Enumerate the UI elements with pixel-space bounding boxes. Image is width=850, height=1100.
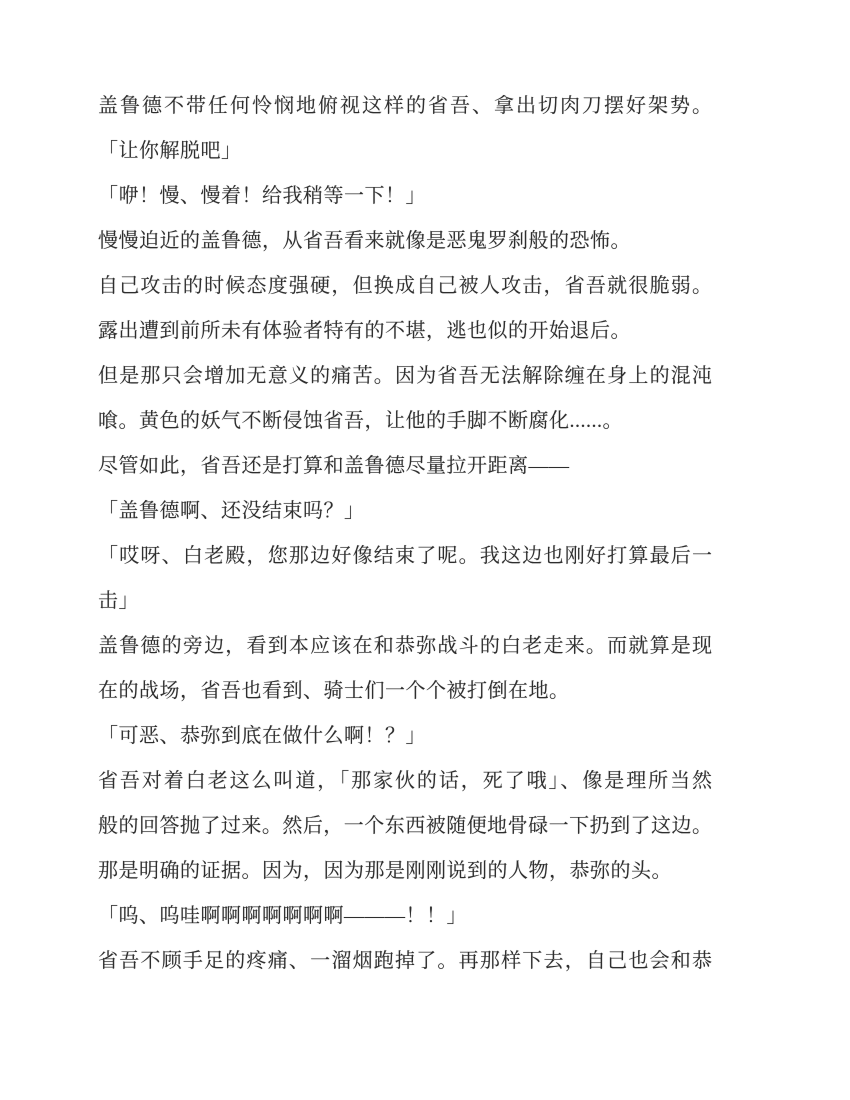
text-line: 喰。黄色的妖气不断侵蚀省吾，让他的手脚不断腐化......。 <box>98 399 712 444</box>
text-line: 那是明确的证据。因为，因为那是刚刚说到的人物，恭弥的头。 <box>98 849 712 894</box>
text-line: 露出遭到前所未有体验者特有的不堪，逃也似的开始退后。 <box>98 309 712 354</box>
text-line: 在的战场，省吾也看到、骑士们一个个被打倒在地。 <box>98 669 712 714</box>
text-line: 但是那只会增加无意义的痛苦。因为省吾无法解除缠在身上的混沌 <box>98 354 712 399</box>
novel-scan-page: 盖鲁德不带任何怜悯地俯视这样的省吾、拿出切肉刀摆好架势。「让你解脱吧」「咿！慢、… <box>0 0 850 1100</box>
text-line: 「盖鲁德啊、还没结束吗？」 <box>98 489 712 534</box>
text-line: 尽管如此，省吾还是打算和盖鲁德尽量拉开距离—— <box>98 444 712 489</box>
text-line: 盖鲁德的旁边，看到本应该在和恭弥战斗的白老走来。而就算是现 <box>98 624 712 669</box>
text-line: 「哎呀、白老殿，您那边好像结束了呢。我这边也刚好打算最后一 <box>98 534 712 579</box>
text-line: 省吾不顾手足的疼痛、一溜烟跑掉了。再那样下去，自己也会和恭 <box>98 939 712 984</box>
text-line: 省吾对着白老这么叫道，「那家伙的话，死了哦」、像是理所当然 <box>98 759 712 804</box>
text-line: 「呜、呜哇啊啊啊啊啊啊啊———！！」 <box>98 894 712 939</box>
text-line: 盖鲁德不带任何怜悯地俯视这样的省吾、拿出切肉刀摆好架势。 <box>98 84 712 129</box>
text-line: 自己攻击的时候态度强硬，但换成自己被人攻击，省吾就很脆弱。 <box>98 264 712 309</box>
text-line: 击」 <box>98 579 712 624</box>
text-line: 「咿！慢、慢着！给我稍等一下！」 <box>98 174 712 219</box>
text-line: 「可恶、恭弥到底在做什么啊！？」 <box>98 714 712 759</box>
text-line: 般的回答抛了过来。然后，一个东西被随便地骨碌一下扔到了这边。 <box>98 804 712 849</box>
novel-text-block: 盖鲁德不带任何怜悯地俯视这样的省吾、拿出切肉刀摆好架势。「让你解脱吧」「咿！慢、… <box>98 84 712 984</box>
text-line: 慢慢迫近的盖鲁德，从省吾看来就像是恶鬼罗刹般的恐怖。 <box>98 219 712 264</box>
text-line: 「让你解脱吧」 <box>98 129 712 174</box>
